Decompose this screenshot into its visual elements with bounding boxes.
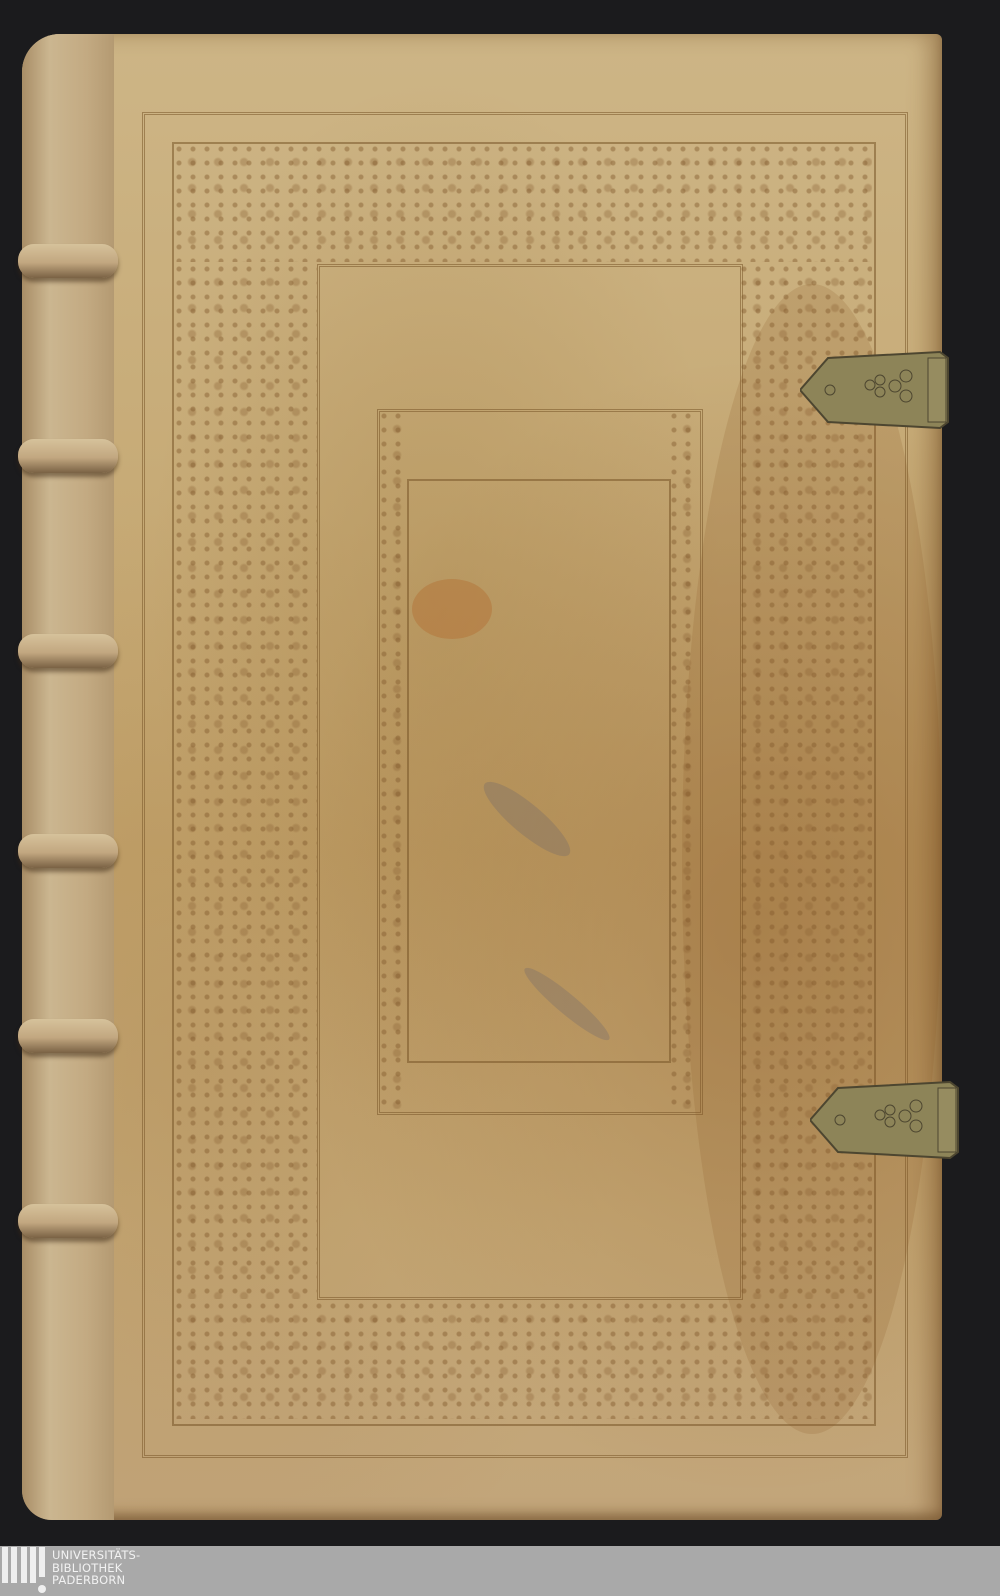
library-footer — [0, 1546, 1000, 1596]
stain — [682, 284, 942, 1434]
book-spine — [22, 34, 114, 1520]
brass-clasp-lower — [810, 1080, 960, 1160]
spine-band — [18, 1019, 118, 1053]
clasp-icon — [810, 1080, 960, 1160]
stain — [412, 579, 492, 639]
brass-clasp-upper — [800, 350, 950, 430]
library-bars-logo-icon — [2, 1547, 46, 1595]
clasp-icon — [800, 350, 950, 430]
spine-band — [18, 834, 118, 868]
spine-band — [18, 1204, 118, 1238]
library-logo-text: UNIVERSITÄTS- BIBLIOTHEK PADERBORN — [52, 1549, 140, 1587]
photo-background — [0, 0, 1000, 1546]
logo-line-3: PADERBORN — [52, 1574, 140, 1587]
spine-band — [18, 244, 118, 278]
logo-line-1: UNIVERSITÄTS- — [52, 1549, 140, 1562]
spine-band — [18, 634, 118, 668]
book-cover — [22, 34, 942, 1520]
spine-band — [18, 439, 118, 473]
